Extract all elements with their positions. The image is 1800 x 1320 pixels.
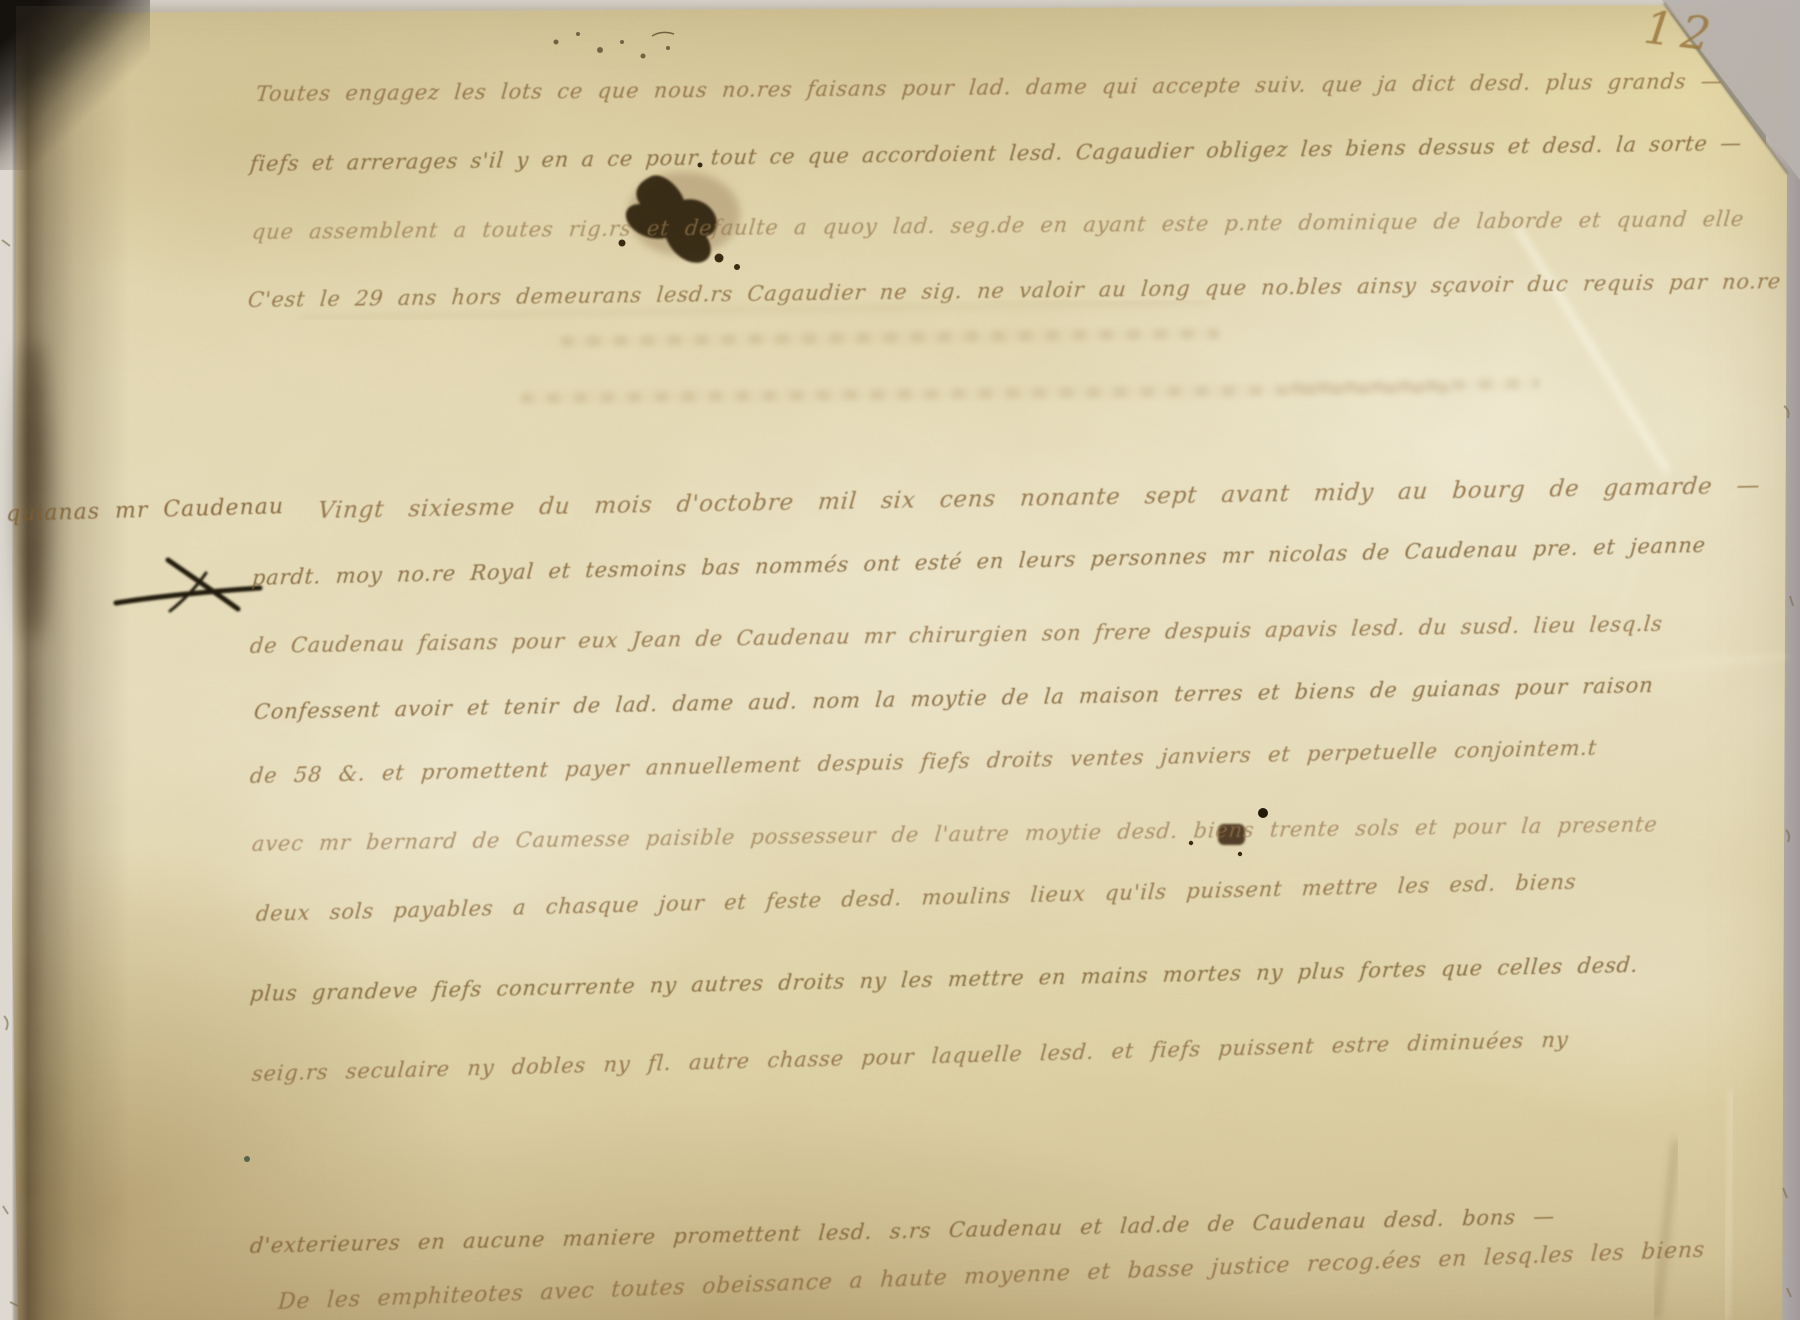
parchment-sheet [0, 0, 1800, 1320]
page-number: 12 [1641, 0, 1722, 62]
binding-corner-shadow [0, 0, 150, 170]
book-gutter-shadow [12, 0, 132, 1320]
manuscript-page-photo: 12 quianas mr Caudenau Toutes engagez le… [0, 0, 1800, 1320]
book-gutter-shadow-blob [18, 340, 48, 640]
